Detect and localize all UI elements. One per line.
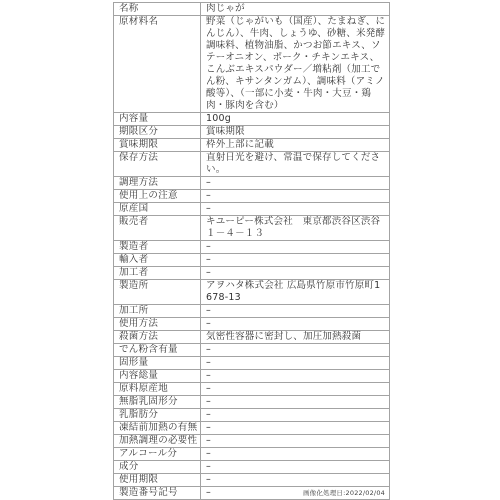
field-value: –: [201, 203, 390, 216]
field-label: 販売者: [114, 216, 201, 241]
field-label: 保存方法: [114, 152, 201, 177]
field-label: でん粉含有量: [114, 344, 201, 357]
table-row-manufacturing-site: 製造所 アヲハタ株式会社 広島県竹原市竹原町1678-13: [114, 280, 390, 305]
table-row-use-by-date: 使用期限 –: [114, 474, 390, 487]
field-value: –: [201, 357, 390, 370]
field-value: –: [201, 344, 390, 357]
product-label-page: 名称 肉じゃが 原材料名 野菜（じゃがいも（国産）、たまねぎ、にんじん）、牛肉、…: [0, 0, 500, 500]
field-label: 原料原産地: [114, 383, 201, 396]
field-label: 加工所: [114, 305, 201, 318]
field-value: –: [201, 370, 390, 383]
field-label: 無脂乳固形分: [114, 396, 201, 409]
table-row-name: 名称 肉じゃが: [114, 3, 390, 16]
field-label: 内容総量: [114, 370, 201, 383]
field-value: –: [201, 422, 390, 435]
table-row-processor: 加工者 –: [114, 267, 390, 280]
table-row-cooking-method: 調理方法 –: [114, 177, 390, 190]
table-row-heated-before-freezing: 凍結前加熱の有無 –: [114, 422, 390, 435]
field-label: 使用期限: [114, 474, 201, 487]
field-label: 原材料名: [114, 16, 201, 113]
product-spec-table-container: 名称 肉じゃが 原材料名 野菜（じゃがいも（国産）、たまねぎ、にんじん）、牛肉、…: [113, 2, 385, 500]
field-value: –: [201, 177, 390, 190]
table-row-heating-required: 加熱調理の必要性 –: [114, 435, 390, 448]
field-value: –: [201, 448, 390, 461]
field-label: 使用方法: [114, 318, 201, 331]
field-label: 内容量: [114, 113, 201, 126]
field-value: 枠外上部に記載: [201, 139, 390, 152]
table-row-best-before: 賞味期限 枠外上部に記載: [114, 139, 390, 152]
table-row-storage: 保存方法 直射日光を避け、常温で保存してください。: [114, 152, 390, 177]
table-row-how-to-use: 使用方法 –: [114, 318, 390, 331]
field-label: 製造者: [114, 241, 201, 254]
field-label: 製造所: [114, 280, 201, 305]
field-value: –: [201, 254, 390, 267]
table-row-starch-content: でん粉含有量 –: [114, 344, 390, 357]
table-row-milk-fat: 乳脂肪分 –: [114, 409, 390, 422]
field-value: –: [201, 267, 390, 280]
field-value: –: [201, 435, 390, 448]
field-value: –: [201, 461, 390, 474]
field-label: 調理方法: [114, 177, 201, 190]
table-row-importer: 輸入者 –: [114, 254, 390, 267]
field-value: –: [201, 409, 390, 422]
table-row-sterilization: 殺菌方法 気密性容器に密封し、加圧加熱殺菌: [114, 331, 390, 344]
field-label: 輸入者: [114, 254, 201, 267]
field-label: 成分: [114, 461, 201, 474]
field-value: 賞味期限: [201, 126, 390, 139]
table-row-components: 成分 –: [114, 461, 390, 474]
field-label: 原産国: [114, 203, 201, 216]
field-value: 気密性容器に密封し、加圧加熱殺菌: [201, 331, 390, 344]
field-value: 100g: [201, 113, 390, 126]
table-row-nonfat-milk-solids: 無脂乳固形分 –: [114, 396, 390, 409]
field-label: 期限区分: [114, 126, 201, 139]
field-value: アヲハタ株式会社 広島県竹原市竹原町1678-13: [201, 280, 390, 305]
table-row-net-content: 内容量 100g: [114, 113, 390, 126]
table-row-ingredients: 原材料名 野菜（じゃがいも（国産）、たまねぎ、にんじん）、牛肉、しょうゆ、砂糖、…: [114, 16, 390, 113]
field-value: –: [201, 190, 390, 203]
table-row-alcohol-content: アルコール分 –: [114, 448, 390, 461]
field-value: –: [201, 241, 390, 254]
table-row-processing-site: 加工所 –: [114, 305, 390, 318]
field-value: –: [201, 383, 390, 396]
field-label: 加熱調理の必要性: [114, 435, 201, 448]
field-value: 肉じゃが: [201, 3, 390, 16]
field-label: 名称: [114, 3, 201, 16]
table-row-country-of-origin: 原産国 –: [114, 203, 390, 216]
image-processing-date-note: 画像化処理日:2022/02/04: [303, 489, 385, 497]
table-row-manufacturer: 製造者 –: [114, 241, 390, 254]
field-value: 野菜（じゃがいも（国産）、たまねぎ、にんじん）、牛肉、しょうゆ、砂糖、米発酵調味…: [201, 16, 390, 113]
field-label: 固形量: [114, 357, 201, 370]
field-label: 賞味期限: [114, 139, 201, 152]
table-row-ingredient-origin: 原料原産地 –: [114, 383, 390, 396]
table-row-seller: 販売者 キユーピー株式会社 東京都渋谷区渋谷１－４－１３: [114, 216, 390, 241]
field-value: 直射日光を避け、常温で保存してください。: [201, 152, 390, 177]
field-value: –: [201, 474, 390, 487]
field-label: アルコール分: [114, 448, 201, 461]
field-label: 乳脂肪分: [114, 409, 201, 422]
table-row-solid-content: 固形量 –: [114, 357, 390, 370]
field-label: 殺菌方法: [114, 331, 201, 344]
field-value: –: [201, 305, 390, 318]
field-label: 使用上の注意: [114, 190, 201, 203]
field-value: キユーピー株式会社 東京都渋谷区渋谷１－４－１３: [201, 216, 390, 241]
field-label: 製造番号記号: [114, 487, 201, 500]
table-row-total-content: 内容総量 –: [114, 370, 390, 383]
product-spec-table: 名称 肉じゃが 原材料名 野菜（じゃがいも（国産）、たまねぎ、にんじん）、牛肉、…: [113, 2, 390, 500]
field-value: –: [201, 396, 390, 409]
field-label: 凍結前加熱の有無: [114, 422, 201, 435]
field-value: –: [201, 318, 390, 331]
field-label: 加工者: [114, 267, 201, 280]
table-row-usage-caution: 使用上の注意 –: [114, 190, 390, 203]
table-row-expiry-type: 期限区分 賞味期限: [114, 126, 390, 139]
